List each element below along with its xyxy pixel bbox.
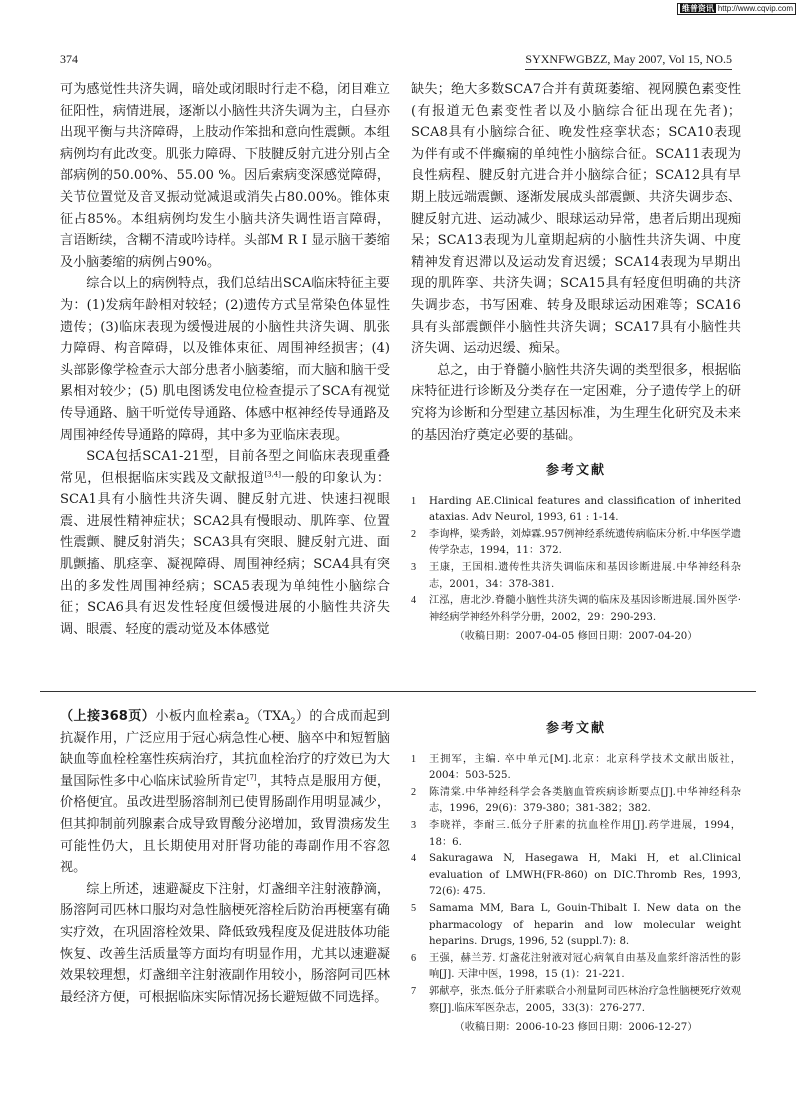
reference-number: 5: [411, 901, 429, 951]
text-span: 一般的印象认为：SCA1具有小脑性共济失调、腱反射亢进、快速扫视眼震、进展性精神…: [60, 471, 390, 637]
reference-number: 3: [411, 560, 429, 593]
article-divider: [40, 691, 756, 692]
reference-text: 王拥军，主编. 卒中单元[M].北京：北京科学技术文献出版社，2004：503-…: [429, 752, 741, 785]
paragraph: 综上所述，速避凝皮下注射，灯盏细辛注射液静滴，肠溶阿司匹林口服均对急性脑梗死溶栓…: [60, 879, 390, 1009]
reference-item: 7郭献亭，张杰.低分子肝素联合小剂量阿司匹林治疗急性脑梗死疗效观察[J].临床军…: [411, 984, 741, 1017]
references-title: 参考文献: [411, 460, 741, 482]
paragraph: 综合以上的病例特点，我们总结出SCA临床特征主要为：(1)发病年龄相对较轻；(2…: [60, 273, 390, 446]
reference-item: 4江泓，唐北沙.脊髓小脑性共济失调的临床及基因诊断进展.国外医学·神经病学神经外…: [411, 593, 741, 626]
received-date: （收稿日期：2007-04-05 修回日期：2007-04-20）: [411, 628, 741, 645]
text-span: （TXA: [249, 709, 290, 724]
reference-item: 2陈清棠.中华神经科学会各类脑血管疾病诊断要点[J].中华神经科杂志，1996，…: [411, 785, 741, 818]
reference-text: Harding AE.Clinical features and classif…: [429, 494, 741, 527]
reference-text: 王强，赫兰芳. 灯盏花注射液对冠心病氧自由基及血浆纤溶活性的影响[J]. 天津中…: [429, 951, 741, 984]
reference-text: 李晓祥，李耐三.低分子肝素的抗血栓作用[J].药学进展，1994，18：6.: [429, 818, 741, 851]
reference-text: Sakuragawa N, Hasegawa H, Maki H, et al.…: [429, 851, 741, 901]
paragraph: （上接368页）小板内血栓素a2（TXA2）的合成而起到抗凝作用，广泛应用于冠心…: [60, 706, 390, 879]
received-date: （收稿日期：2006-10-23 修回日期：2006-12-27）: [411, 1019, 741, 1036]
reference-text: Samama MM, Bara L, Gouin-Thibalt I. New …: [429, 901, 741, 951]
watermark-url: http://www.cqvip.com: [718, 4, 793, 13]
reference-number: 4: [411, 593, 429, 626]
bottom-article-left-column: （上接368页）小板内血栓素a2（TXA2）的合成而起到抗凝作用，广泛应用于冠心…: [60, 706, 390, 1008]
page-number: 374: [60, 52, 78, 67]
citation: [7]: [247, 773, 257, 781]
reference-text: 陈清棠.中华神经科学会各类脑血管疾病诊断要点[J].中华神经科杂志，1996，2…: [429, 785, 741, 818]
continued-from-label: （上接368页）: [60, 709, 155, 724]
bottom-article-right-column: 参考文献 1王拥军，主编. 卒中单元[M].北京：北京科学技术文献出版社，200…: [411, 706, 741, 1036]
reference-text: 李询桦，梁秀龄，刘焯霖.957例神经系统遗传病临床分析.中华医学遗传学杂志，19…: [429, 527, 741, 560]
references-list: 1Harding AE.Clinical features and classi…: [411, 494, 741, 627]
paragraph: 缺失；绝大多数SCA7合并有黄斑萎缩、视网膜色素变性 (有报道无色素变性者以及小…: [411, 79, 741, 360]
reference-item: 3王康，王国相.遗传性共济失调临床和基因诊断进展.中华神经科杂志，2001，34…: [411, 560, 741, 593]
reference-item: 5Samama MM, Bara L, Gouin-Thibalt I. New…: [411, 901, 741, 951]
top-article-right-column: 缺失；绝大多数SCA7合并有黄斑萎缩、视网膜色素变性 (有报道无色素变性者以及小…: [411, 79, 741, 645]
reference-item: 1王拥军，主编. 卒中单元[M].北京：北京科学技术文献出版社，2004：503…: [411, 752, 741, 785]
reference-number: 1: [411, 752, 429, 785]
reference-item: 6王强，赫兰芳. 灯盏花注射液对冠心病氧自由基及血浆纤溶活性的影响[J]. 天津…: [411, 951, 741, 984]
reference-item: 3李晓祥，李耐三.低分子肝素的抗血栓作用[J].药学进展，1994，18：6.: [411, 818, 741, 851]
watermark-badge: 维普资讯http://www.cqvip.com: [677, 3, 796, 15]
paragraph: SCA包括SCA1-21型，目前各型之间临床表现重叠常见，但根据临床实践及文献报…: [60, 446, 390, 640]
reference-text: 江泓，唐北沙.脊髓小脑性共济失调的临床及基因诊断进展.国外医学·神经病学神经外科…: [429, 593, 741, 626]
reference-text: 王康，王国相.遗传性共济失调临床和基因诊断进展.中华神经科杂志，2001，34：…: [429, 560, 741, 593]
watermark-brand: 维普资讯: [680, 4, 716, 13]
paragraph: 可为感觉性共济失调，暗处或闭眼时行走不稳，闭目难立征阳性，病情进展，逐渐以小脑性…: [60, 79, 390, 273]
top-article-left-column: 可为感觉性共济失调，暗处或闭眼时行走不稳，闭目难立征阳性，病情进展，逐渐以小脑性…: [60, 79, 390, 640]
reference-item: 4Sakuragawa N, Hasegawa H, Maki H, et al…: [411, 851, 741, 901]
references-title: 参考文献: [411, 718, 741, 740]
reference-number: 2: [411, 527, 429, 560]
citation: [3,4]: [264, 470, 281, 478]
reference-number: 4: [411, 851, 429, 901]
reference-number: 7: [411, 984, 429, 1017]
reference-number: 3: [411, 818, 429, 851]
reference-number: 2: [411, 785, 429, 818]
reference-number: 1: [411, 494, 429, 527]
references-list: 1王拥军，主编. 卒中单元[M].北京：北京科学技术文献出版社，2004：503…: [411, 752, 741, 1018]
journal-header: SYXNFWGBZZ, May 2007, Vol 15, NO.5: [525, 52, 732, 70]
reference-item: 2李询桦，梁秀龄，刘焯霖.957例神经系统遗传病临床分析.中华医学遗传学杂志，1…: [411, 527, 741, 560]
reference-item: 1Harding AE.Clinical features and classi…: [411, 494, 741, 527]
paragraph: 总之，由于脊髓小脑性共济失调的类型很多，根据临床特征进行诊断及分类存在一定困难，…: [411, 360, 741, 446]
reference-number: 6: [411, 951, 429, 984]
reference-text: 郭献亭，张杰.低分子肝素联合小剂量阿司匹林治疗急性脑梗死疗效观察[J].临床军医…: [429, 984, 741, 1017]
text-span: 小板内血栓素a: [155, 709, 244, 724]
